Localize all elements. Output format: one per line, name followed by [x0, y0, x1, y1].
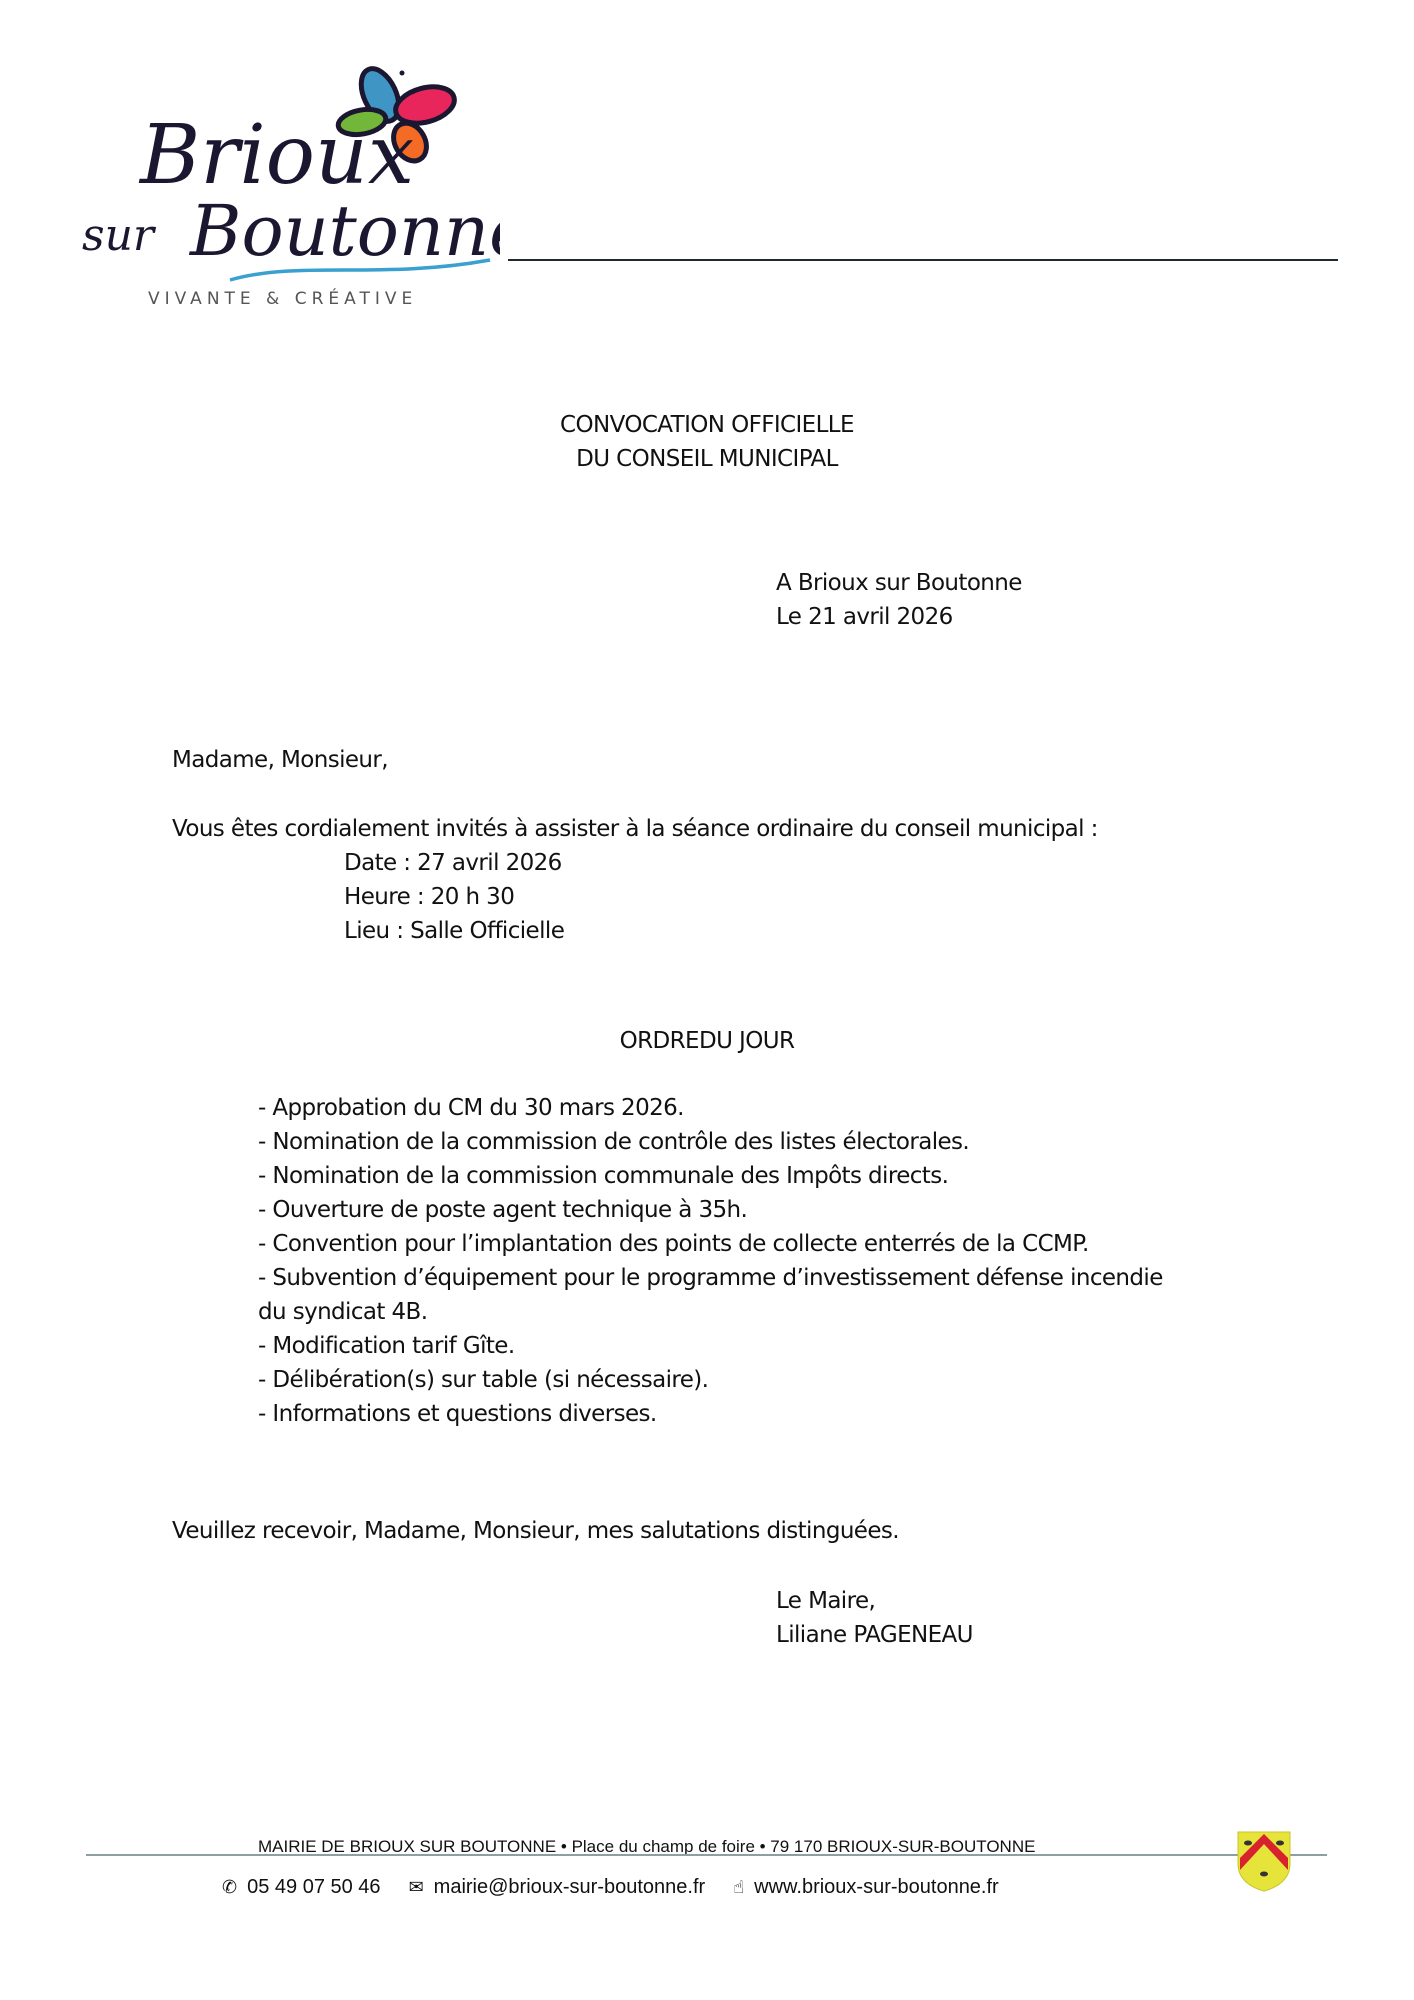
agenda-title: ORDREDU JOUR	[0, 1024, 1414, 1058]
agenda-item: - Convention pour l’implantation des poi…	[258, 1227, 1163, 1261]
title-line-2: DU CONSEIL MUNICIPAL	[0, 442, 1414, 476]
logo-word-sur: sur	[82, 210, 157, 261]
agenda-item: - Subvention d’équipement pour le progra…	[258, 1261, 1163, 1295]
logo-word-brioux: Brioux	[138, 108, 414, 203]
letter-date: Le 21 avril 2026	[776, 600, 1022, 634]
footer-contacts: ✆ 05 49 07 50 46 ✉ mairie@brioux-sur-bou…	[222, 1876, 1027, 1899]
agenda-item: - Informations et questions diverses.	[258, 1397, 1163, 1431]
agenda-item: - Délibération(s) sur table (si nécessai…	[258, 1363, 1163, 1397]
title-line-1: CONVOCATION OFFICIELLE	[0, 408, 1414, 442]
place-and-date: A Brioux sur Boutonne Le 21 avril 2026	[776, 566, 1022, 634]
logo-tagline: VIVANTE & CRÉATIVE	[148, 287, 417, 309]
intro-paragraph: Vous êtes cordialement invités à assiste…	[172, 812, 1098, 846]
agenda-item: - Nomination de la commission communale …	[258, 1159, 1163, 1193]
envelope-icon: ✉	[409, 1877, 424, 1898]
agenda-list: - Approbation du CM du 30 mars 2026. - N…	[258, 1091, 1163, 1431]
agenda-item: - Ouverture de poste agent technique à 3…	[258, 1193, 1163, 1227]
signature-title: Le Maire,	[776, 1584, 973, 1618]
agenda-item-continuation: du syndicat 4B.	[258, 1295, 1163, 1329]
footer-email[interactable]: mairie@brioux-sur-boutonne.fr	[434, 1876, 706, 1899]
footer-phone: 05 49 07 50 46	[247, 1876, 380, 1899]
agenda-item: - Approbation du CM du 30 mars 2026.	[258, 1091, 1163, 1125]
phone-icon: ✆	[222, 1877, 237, 1898]
meeting-location: Lieu : Salle Officielle	[344, 914, 564, 948]
signature-name: Liliane PAGENEAU	[776, 1618, 973, 1652]
cursor-click-icon: ☝	[733, 1877, 744, 1898]
agenda-item: - Modification tarif Gîte.	[258, 1329, 1163, 1363]
coat-of-arms-icon	[1236, 1830, 1292, 1892]
header-divider	[508, 259, 1338, 261]
meeting-time: Heure : 20 h 30	[344, 880, 564, 914]
signature-block: Le Maire, Liliane PAGENEAU	[776, 1584, 973, 1652]
place: A Brioux sur Boutonne	[776, 566, 1022, 600]
logo-graphic: Brioux sur Boutonne VIVANTE & CRÉATIVE	[80, 55, 500, 315]
footer-divider	[86, 1854, 1327, 1856]
footer-website[interactable]: www.brioux-sur-boutonne.fr	[754, 1876, 999, 1899]
meeting-details: Date : 27 avril 2026 Heure : 20 h 30 Lie…	[344, 846, 564, 948]
document-title: CONVOCATION OFFICIELLE DU CONSEIL MUNICI…	[0, 408, 1414, 476]
logo-word-boutonne: Boutonne	[188, 190, 500, 272]
salutation: Madame, Monsieur,	[172, 743, 388, 777]
agenda-item: - Nomination de la commission de contrôl…	[258, 1125, 1163, 1159]
brioux-logo: Brioux sur Boutonne VIVANTE & CRÉATIVE	[80, 55, 500, 315]
closing-formula: Veuillez recevoir, Madame, Monsieur, mes…	[172, 1514, 899, 1548]
meeting-date: Date : 27 avril 2026	[344, 846, 564, 880]
